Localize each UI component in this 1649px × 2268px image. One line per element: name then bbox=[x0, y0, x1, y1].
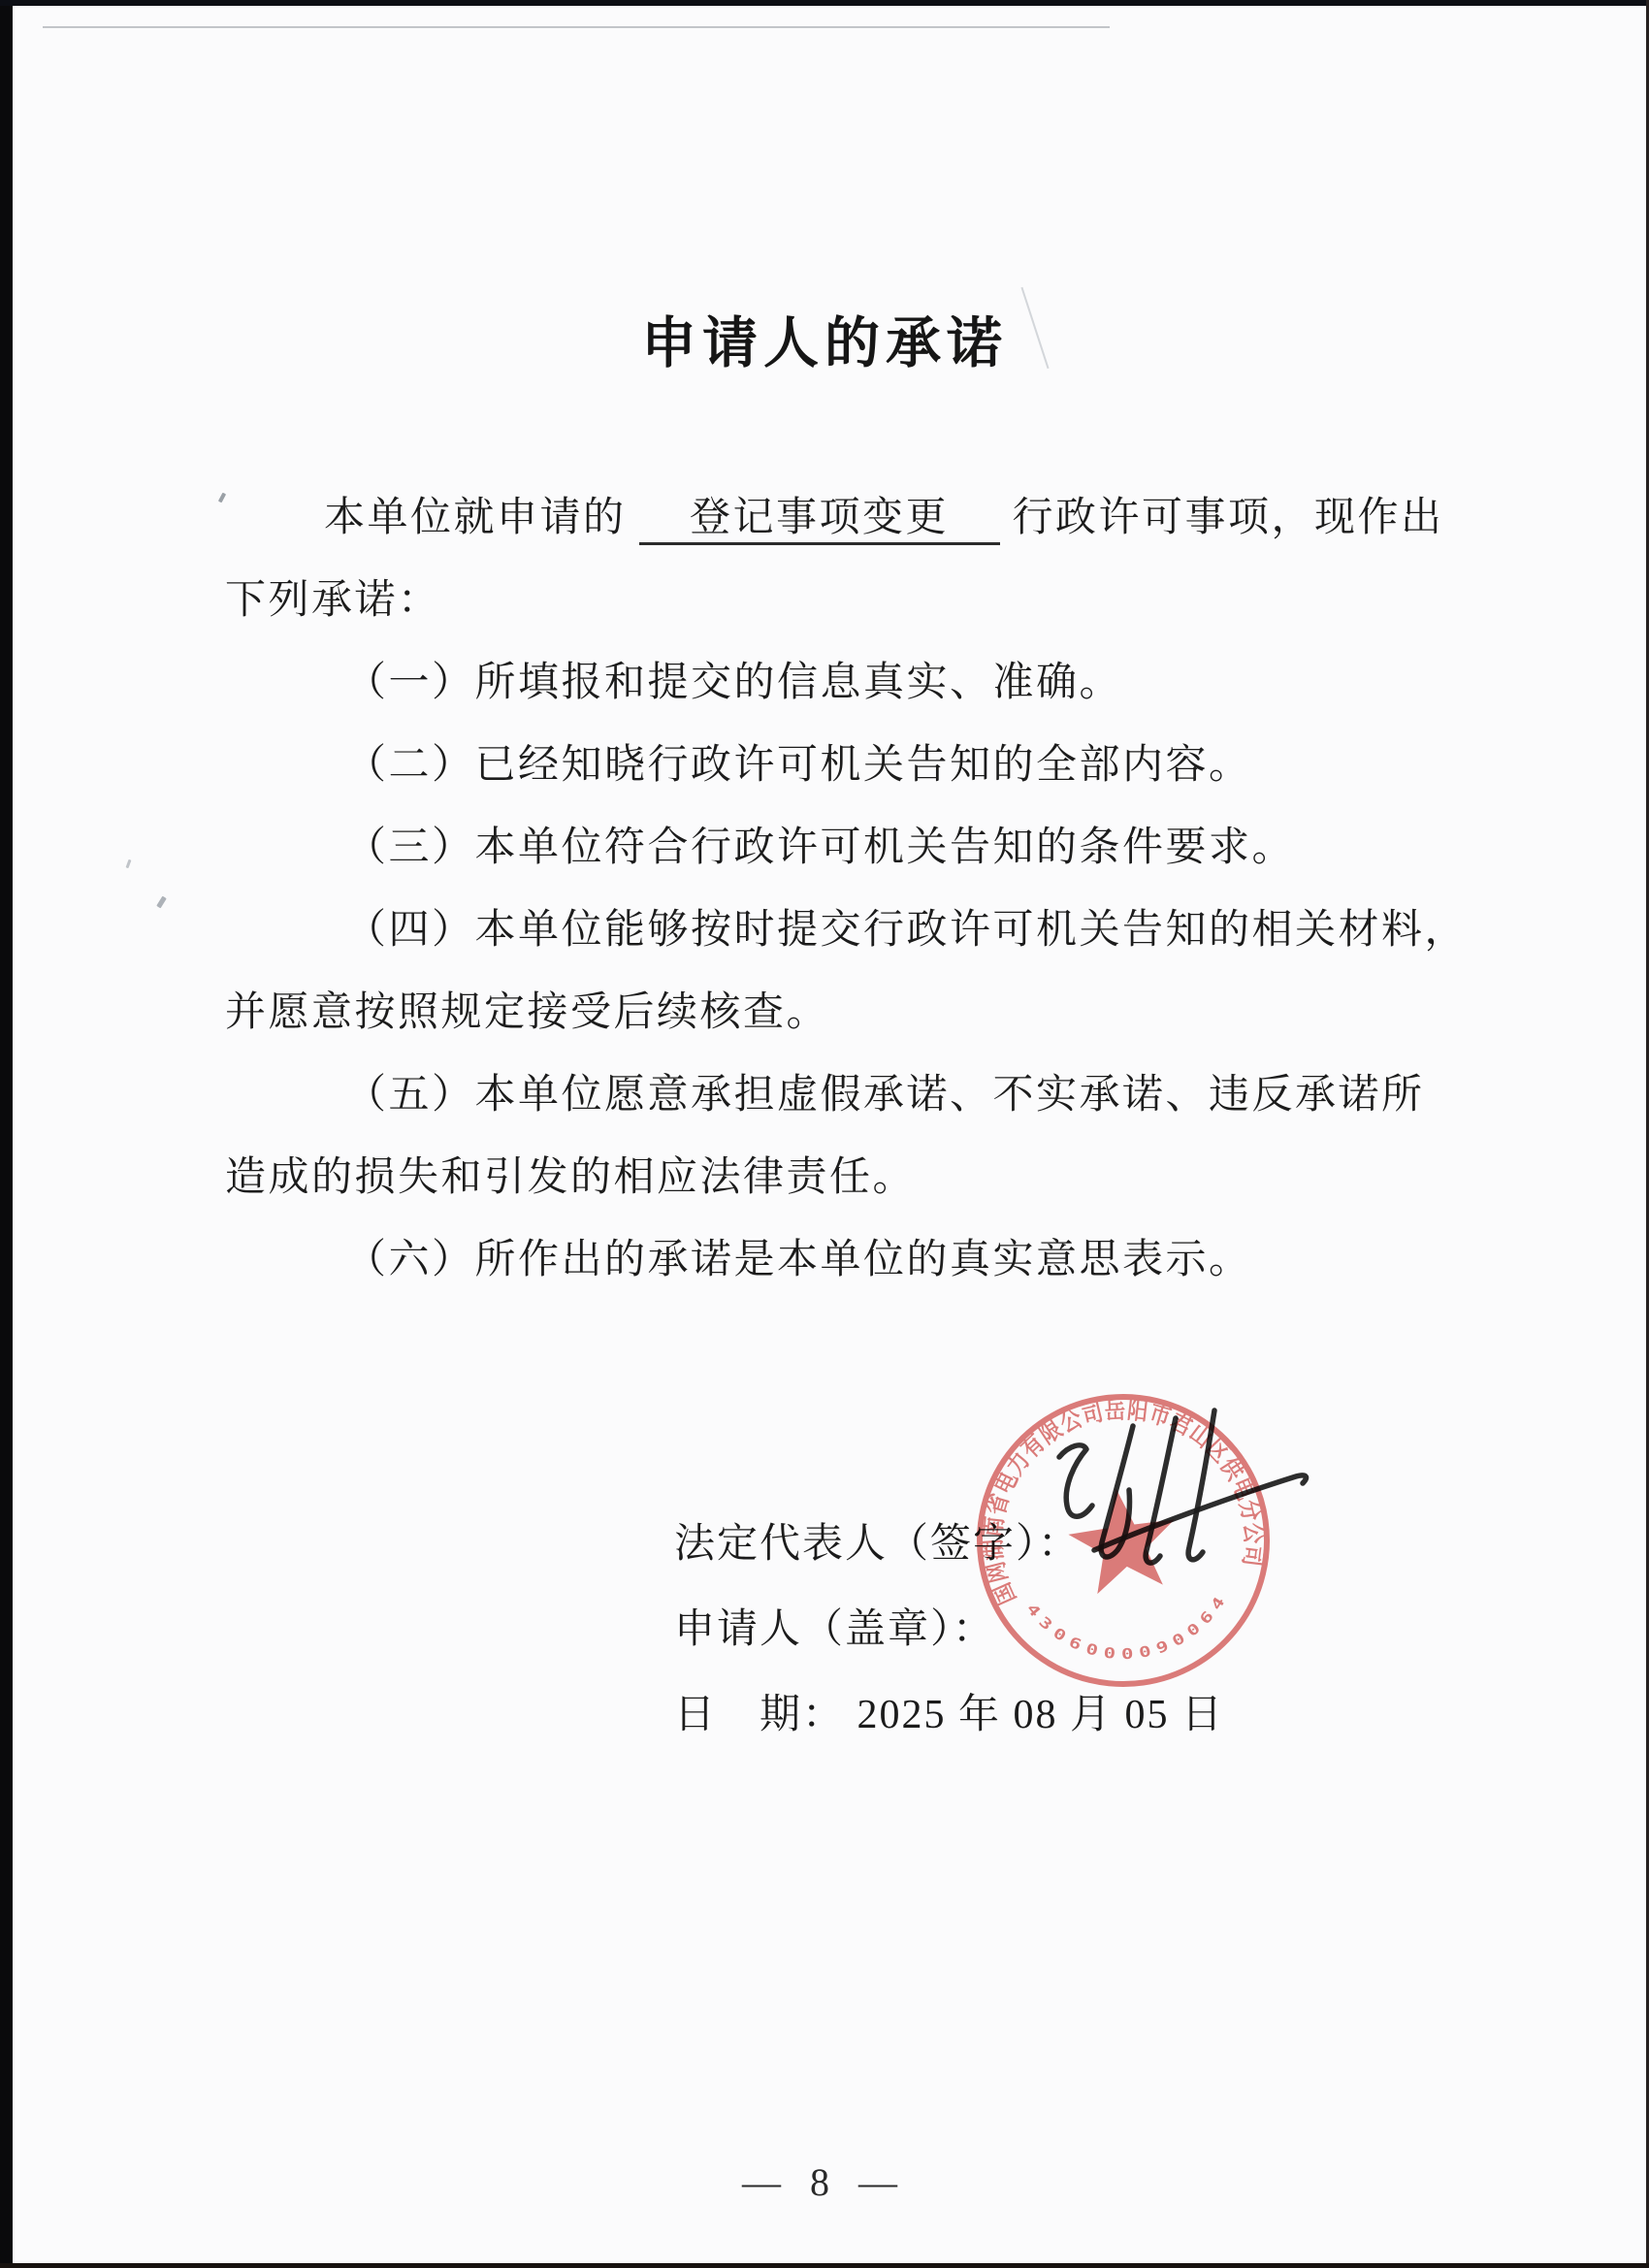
signature-stroke bbox=[1188, 1410, 1214, 1560]
date-label: 日 期： bbox=[674, 1693, 845, 1737]
filled-blank-permit-item: 登记事项变更 bbox=[639, 496, 1000, 545]
scan-edge-left bbox=[0, 0, 13, 2268]
signature-stroke bbox=[1059, 1445, 1092, 1516]
signature-stroke bbox=[1146, 1418, 1176, 1563]
body-line: （五）本单位愿意承担虚假承诺、不实承诺、违反承诺所 bbox=[225, 1054, 1467, 1137]
body-line: （六）所作出的承诺是本单位的真实意思表示。 bbox=[225, 1219, 1467, 1302]
page-number: — 8 — bbox=[0, 2159, 1649, 2205]
handwritten-signature bbox=[1009, 1397, 1319, 1591]
scan-line-artifact bbox=[43, 26, 1110, 28]
commitment-lines: 下列承诺：（一）所填报和提交的信息真实、准确。（二）已经知晓行政许可机关告知的全… bbox=[225, 560, 1467, 1302]
scan-edge-bottom bbox=[0, 2263, 1649, 2268]
body-line: （二）已经知晓行政许可机关告知的全部内容。 bbox=[225, 725, 1467, 807]
intro-line: 本单位就申请的 登记事项变更 行政许可事项，现作出 bbox=[225, 477, 1467, 560]
body-line: 下列承诺： bbox=[225, 560, 1467, 642]
intro-prefix: 本单位就申请的 bbox=[324, 496, 627, 540]
scan-speck bbox=[156, 896, 167, 909]
body-line: （三）本单位符合行政许可机关告知的条件要求。 bbox=[225, 807, 1467, 890]
intro-suffix: 行政许可事项，现作出 bbox=[1013, 496, 1444, 540]
page-title: 申请人的承诺 bbox=[0, 299, 1649, 378]
applicant-label: 申请人（盖章）： bbox=[674, 1607, 995, 1652]
body-line: （四）本单位能够按时提交行政许可机关告知的相关材料， bbox=[225, 890, 1467, 972]
document-body: 本单位就申请的 登记事项变更 行政许可事项，现作出 下列承诺：（一）所填报和提交… bbox=[225, 477, 1467, 1302]
body-line: 并愿意按照规定接受后续核查。 bbox=[225, 972, 1467, 1054]
body-line: 造成的损失和引发的相应法律责任。 bbox=[225, 1137, 1467, 1219]
body-line: （一）所填报和提交的信息真实、准确。 bbox=[225, 642, 1467, 725]
scan-speck bbox=[126, 859, 132, 868]
scan-edge-top bbox=[0, 0, 1649, 6]
